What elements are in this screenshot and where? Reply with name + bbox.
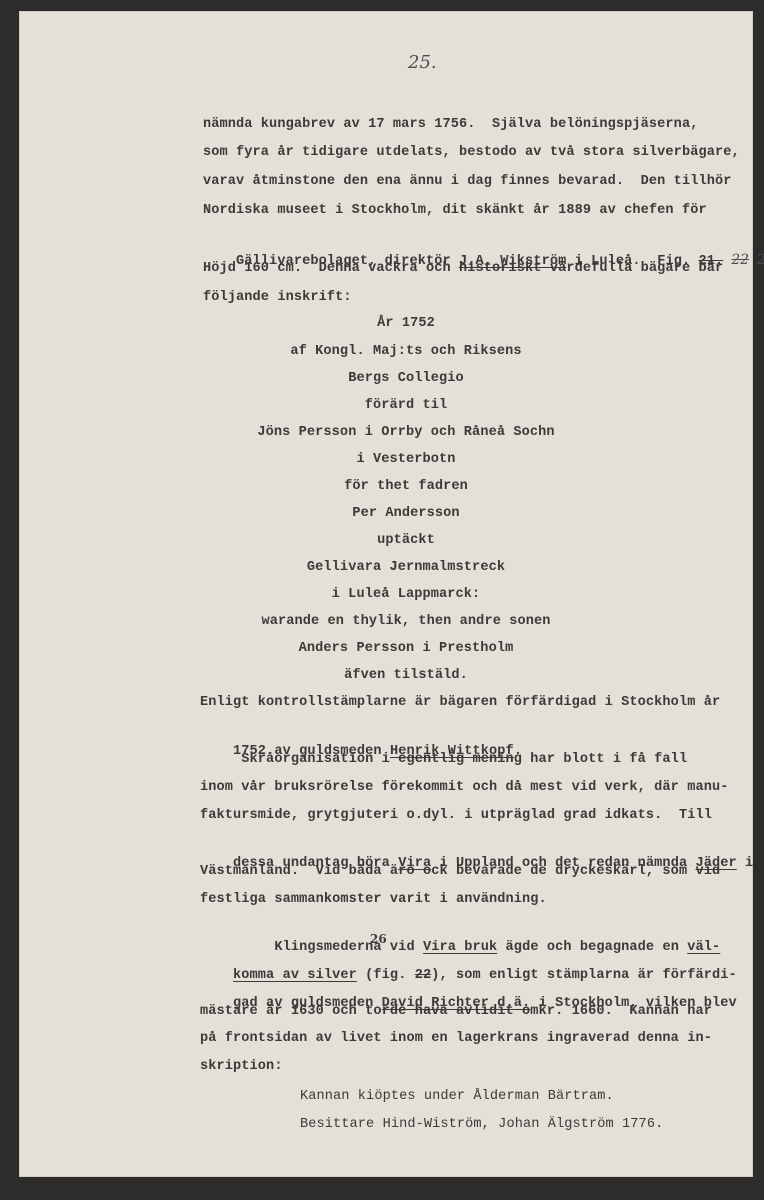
inscription-line: Besittare Hind-Wiström, Johan Älgström 1… <box>300 1115 663 1135</box>
text-line: Gällivarebolaget, direktör J.A. Wikström… <box>203 230 764 250</box>
text-line: Enligt kontrollstämplarne är bägaren för… <box>200 693 720 713</box>
text-line: Klingsmederna vid Vira bruk ägde och beg… <box>200 918 720 938</box>
inscription-line: Jöns Persson i Orrby och Råneå Sochn <box>196 423 616 443</box>
text-line: gad av guldsmeden David Richter d.ä. i S… <box>200 974 737 994</box>
text-line: varav åtminstone den ena ännu i dag finn… <box>203 172 731 192</box>
handwritten-figure-number: 25. <box>757 252 764 268</box>
text-line: festliga sammankomster varit i användnin… <box>200 890 547 910</box>
inscription-line: uptäckt <box>196 531 616 551</box>
handwritten-figure-correction: 26 <box>370 932 387 946</box>
text-segment: i <box>737 856 754 871</box>
inscription-line: warande en thylik, then andre sonen <box>196 612 616 632</box>
text-line: faktursmide, grytgjuteri o.dyl. i utpräg… <box>200 806 712 826</box>
inscription-line: äfven tilstäld. <box>196 666 616 686</box>
text-line: komma av silver (fig. 22), som enligt st… <box>200 946 737 966</box>
page-number: 25. <box>408 52 437 73</box>
text-line: skription: <box>200 1057 283 1077</box>
inscription-line: Gellivara Jernmalmstreck <box>196 558 616 578</box>
text-line: Västmanland. Vid båda äro ock bevarade d… <box>200 862 720 882</box>
document-page: 25. nämnda kungabrev av 17 mars 1756. Sj… <box>20 12 752 1176</box>
inscription-line: i Luleå Lappmarck: <box>196 585 616 605</box>
text-line: på frontsidan av livet inom en lagerkran… <box>200 1029 712 1049</box>
inscription-line: Kannan kiöptes under Ålderman Bärtram. <box>300 1087 614 1107</box>
inscription-line: Bergs Collegio <box>196 369 616 389</box>
text-line: Nordiska museet i Stockholm, dit skänkt … <box>203 201 707 221</box>
inscription-line: förärd til <box>196 396 616 416</box>
inscription-line: för thet fadren <box>196 477 616 497</box>
text-line: Höjd 160 cm. Denna vackra och historiskt… <box>203 259 723 279</box>
text-line: nämnda kungabrev av 17 mars 1756. Själva… <box>203 115 698 135</box>
inscription-line: Per Andersson <box>196 504 616 524</box>
text-line: 1752 av guldsmeden Henrik Wittkopf. <box>200 722 522 742</box>
text-line: dessa undantag höra Vira i Uppland och d… <box>200 834 753 854</box>
inscription-line: Anders Persson i Prestholm <box>196 639 616 659</box>
text-line: mästare år 1630 och torde hava avlidit o… <box>200 1002 712 1022</box>
text-line: inom vår bruksrörelse förekommit och då … <box>200 778 728 798</box>
text-line: följande inskrift: <box>203 288 352 308</box>
struck-figure-number: 22 <box>732 252 750 268</box>
inscription-line: År 1752 <box>196 314 616 334</box>
inscription-line: af Kongl. Maj:ts och Riksens <box>196 342 616 362</box>
text-line: Skråorganisation i egentlig mening har b… <box>200 750 687 770</box>
text-line: som fyra år tidigare utdelats, bestodo a… <box>203 143 740 163</box>
inscription-line: i Vesterbotn <box>196 450 616 470</box>
